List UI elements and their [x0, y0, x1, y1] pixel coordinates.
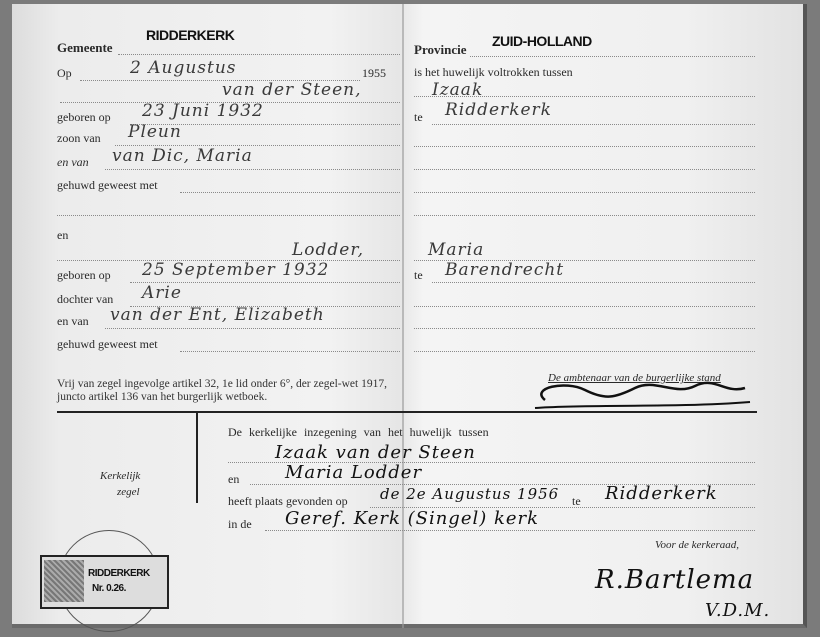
kerkeraad-label: Voor de kerkeraad, — [655, 539, 739, 551]
church-signature: R.Bartlema — [595, 565, 754, 595]
revenue-stamp-place: RIDDERKERK — [88, 568, 150, 579]
bride-father: Arie — [142, 283, 182, 303]
marriage-date: 2 Augustus — [130, 58, 237, 78]
groom-firstname: Izaak — [432, 80, 483, 100]
page-fold — [402, 4, 404, 628]
provincie-stamp: ZUID-HOLLAND — [492, 33, 592, 49]
church-place: Ridderkerk — [605, 483, 718, 504]
groom-birthdate: 23 Juni 1932 — [142, 101, 264, 121]
plaats-label: heeft plaats gevonden op — [228, 494, 348, 509]
dochter-van-label: dochter van — [57, 292, 113, 307]
te-label-bride: te — [414, 268, 423, 283]
section-divider — [57, 411, 757, 413]
provincie-label: Provincie — [414, 42, 466, 58]
geboren-op-label: geboren op — [57, 110, 111, 125]
groom-birthplace: Ridderkerk — [445, 100, 552, 120]
church-date: de 2e Augustus 1956 — [380, 485, 559, 503]
revenue-stamp-number: Nr. 0.26. — [92, 583, 126, 594]
bride-mother: van der Ent, Elizabeth — [110, 305, 325, 325]
marriage-year: 1955 — [362, 66, 386, 81]
stamp-exemption-note: Vrij van zegel ingevolge artikel 32, 1e … — [57, 378, 402, 404]
en-label: en — [57, 228, 68, 243]
seal-divider — [196, 413, 198, 503]
gehuwd-label: gehuwd geweest met — [57, 178, 158, 193]
zoon-van-label: zoon van — [57, 131, 101, 146]
en-van-label-bride: en van — [57, 314, 89, 329]
op-label: Op — [57, 66, 72, 81]
revenue-stamp-icon — [44, 560, 84, 602]
gemeente-stamp: RIDDERKERK — [146, 27, 234, 43]
groom-father: Pleun — [128, 122, 182, 142]
gehuwd-label-bride: gehuwd geweest met — [57, 337, 158, 352]
gemeente-label: Gemeente — [57, 40, 113, 56]
seal-label-1: Kerkelijk — [100, 470, 140, 482]
church-groom-name: Izaak van der Steen — [275, 442, 476, 463]
huwelijk-text: is het huwelijk voltrokken tussen — [414, 65, 573, 80]
geboren-op-label-bride: geboren op — [57, 268, 111, 283]
bride-firstname: Maria — [428, 240, 484, 260]
bride-surname: Lodder, — [292, 240, 364, 260]
in-de-label: in de — [228, 517, 252, 532]
te-label: te — [414, 110, 423, 125]
official-signature-icon — [525, 378, 755, 414]
church-bride-name: Maria Lodder — [285, 462, 422, 483]
groom-mother: van Dic, Maria — [112, 146, 253, 166]
bride-birthplace: Barendrecht — [445, 260, 564, 280]
bride-birthdate: 25 September 1932 — [142, 260, 329, 280]
seal-label-2: zegel — [117, 486, 140, 498]
en-van-label: en van — [57, 155, 89, 170]
groom-surname: van der Steen, — [222, 80, 362, 100]
church-name: Geref. Kerk (Singel) kerk — [285, 508, 539, 529]
church-en-label: en — [228, 472, 239, 487]
signature-suffix: V.D.M. — [705, 600, 770, 621]
church-intro: De kerkelijke inzegening van het huwelij… — [228, 425, 489, 440]
